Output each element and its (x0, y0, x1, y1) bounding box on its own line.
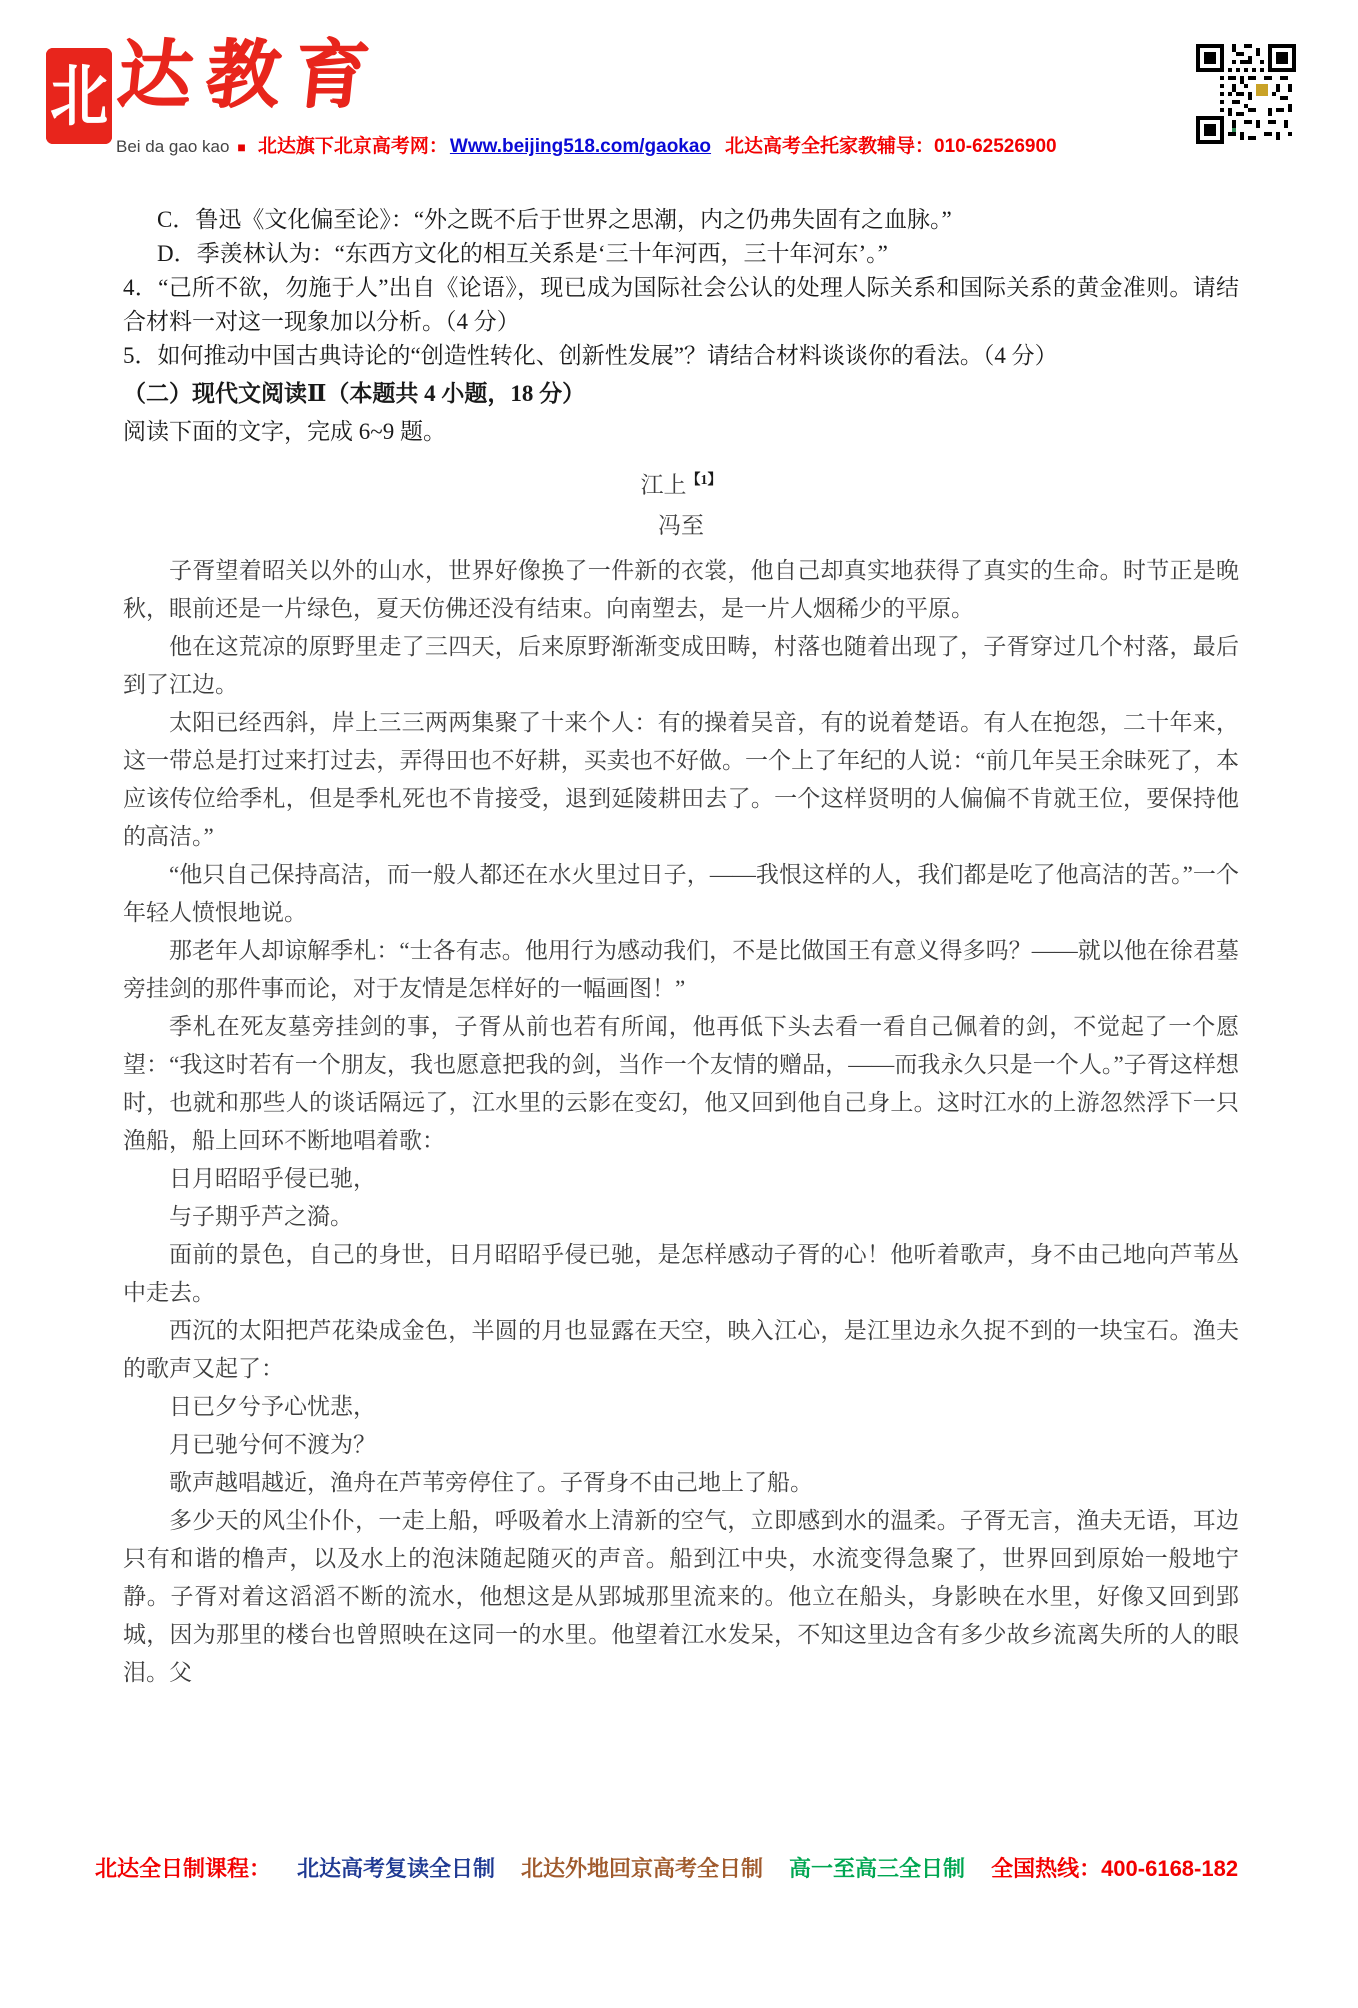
passage-paragraph: 那老年人却谅解季札：“士各有志。他用行为感动我们，不是比做国王有意义得多吗？——… (123, 932, 1239, 1008)
passage-paragraph: 面前的景色，自己的身世，日月昭昭乎侵已驰，是怎样感动子胥的心！他听着歌声，身不由… (123, 1236, 1239, 1312)
footer-hotline: 全国热线：400-6168-182 (991, 1856, 1238, 1881)
seal-character: 北 (50, 63, 108, 130)
option-c: C．鲁迅《文化偏至论》：“外之既不后于世界之思潮，内之仍弗失固有之血脉。” (123, 203, 1239, 237)
passage-verse-line: 日已夕兮予心忧悲， (169, 1388, 1239, 1426)
passage-paragraph: 多少天的风尘仆仆，一走上船，呼吸着水上清新的空气，立即感到水的温柔。子胥无言，渔… (123, 1502, 1239, 1692)
footnote-marker: 【1】 (687, 473, 722, 488)
passage-verse-line: 月已驰兮何不渡为？ (169, 1426, 1239, 1464)
option-d: D．季羡林认为：“东西方文化的相互关系是‘三十年河西，三十年河东’。” (123, 237, 1239, 271)
site-url-link[interactable]: Www.beijing518.com/gaokao (450, 136, 711, 157)
tutor-hotline-label: 北达高考全托家教辅导：010-62526900 (725, 136, 1057, 157)
passage-author: 冯至 (123, 506, 1239, 546)
passage-paragraph: 太阳已经西斜，岸上三三两两集聚了十来个人：有的操着吴音，有的说着楚语。有人在抱怨… (123, 704, 1239, 856)
passage-paragraph: 歌声越唱越近，渔舟在芦苇旁停住了。子胥身不由己地上了船。 (123, 1464, 1239, 1502)
passage-paragraph: 西沉的太阳把芦花染成金色，半圆的月也显露在天空，映入江心，是江里边永久捉不到的一… (123, 1312, 1239, 1388)
question-5: 5．如何推动中国古典诗论的“创造性转化、创新性发展”？请结合材料谈谈你的看法。（… (123, 339, 1239, 373)
qr-code-icon (1196, 44, 1296, 144)
section-title: （二）现代文阅读Ⅱ（本题共 4 小题，18 分） (123, 377, 1239, 411)
page-footer: 北达全日制课程：北达高考复读全日制北达外地回京高考全日制高一至高三全日制全国热线… (95, 1852, 1295, 1883)
passage-paragraph: 季札在死友墓旁挂剑的事，子胥从前也若有所闻，他再低下头去看一看自己佩着的剑，不觉… (123, 1008, 1239, 1160)
passage-paragraph: 他在这荒凉的原野里走了三四天，后来原野渐渐变成田畴，村落也随着出现了，子胥穿过几… (123, 628, 1239, 704)
reading-passage: 江上【1】 冯至 子胥望着昭关以外的山水，世界好像换了一件新的衣裳，他自己却真实… (123, 461, 1239, 1692)
footer-course-fulltime: 北达高考复读全日制 (297, 1856, 495, 1881)
site-label: 北达旗下北京高考网： (258, 136, 448, 157)
beida-seal-logo: 北 (46, 48, 112, 144)
footer-course-returning: 北达外地回京高考全日制 (521, 1856, 763, 1881)
page-header: 北 达教育 Bei da gao kao■北达旗下北京高考网：Www.beiji… (0, 0, 1358, 170)
passage-title: 江上【1】 (123, 461, 1239, 506)
footer-course-grades: 高一至高三全日制 (789, 1856, 965, 1881)
passage-paragraph: 子胥望着昭关以外的山水，世界好像换了一件新的衣裳，他自己却真实地获得了真实的生命… (123, 552, 1239, 628)
passage-paragraph: “他只自己保持高洁，而一般人都还在水火里过日子，——我恨这样的人，我们都是吃了他… (123, 856, 1239, 932)
reading-instruction: 阅读下面的文字，完成 6~9 题。 (123, 415, 1239, 449)
exam-page: 北 达教育 Bei da gao kao■北达旗下北京高考网：Www.beiji… (0, 0, 1358, 2008)
page-body: C．鲁迅《文化偏至论》：“外之既不后于世界之思潮，内之仍弗失固有之血脉。” D．… (123, 203, 1239, 1692)
brand-name: 达教育 (114, 38, 542, 112)
passage-verse-line: 日月昭昭乎侵已驰， (169, 1160, 1239, 1198)
header-tagline: Bei da gao kao■北达旗下北京高考网：Www.beijing518.… (116, 131, 1057, 158)
question-4: 4．“己所不欲，勿施于人”出自《论语》，现已成为国际社会公认的处理人际关系和国际… (123, 271, 1239, 339)
brand-pinyin: Bei da gao kao (116, 137, 229, 156)
red-square-icon: ■ (237, 139, 245, 155)
footer-label: 北达全日制课程： (95, 1856, 271, 1881)
passage-verse-line: 与子期乎芦之漪。 (169, 1198, 1239, 1236)
